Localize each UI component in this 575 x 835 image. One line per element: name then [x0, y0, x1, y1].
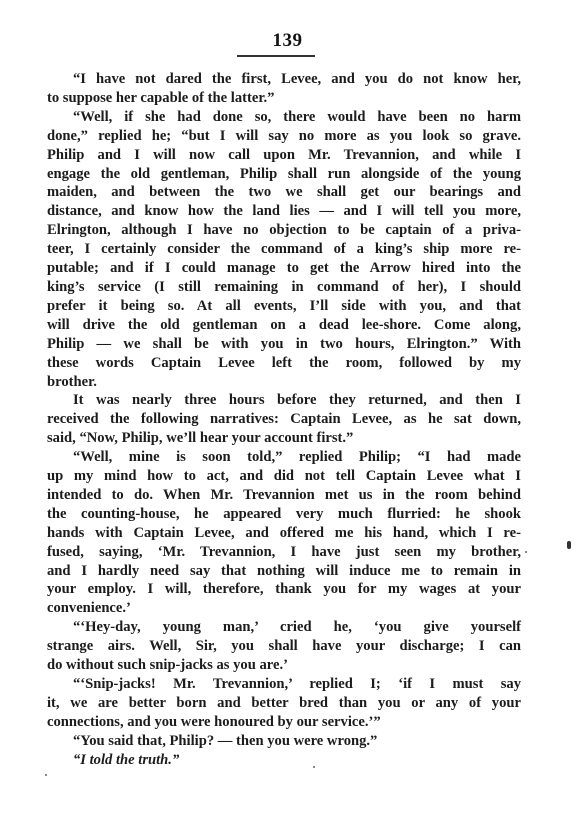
text-line: these words Captain Levee left the room,…	[47, 354, 521, 373]
margin-ink-mark	[567, 541, 571, 549]
text-line: your employ. I will, therefore, thank yo…	[47, 580, 521, 599]
text-line: Elrington, although I have no objection …	[47, 221, 521, 240]
text-line: “‘Snip-jacks! Mr. Trevannion,’ replied I…	[47, 675, 521, 694]
text-line: brother.	[47, 373, 521, 392]
page-body-text: “I have not dared the first, Levee, and …	[47, 70, 521, 770]
text-line: intended to do. When Mr. Trevannion met …	[47, 486, 521, 505]
text-line: prefer it being so. At all events, I’ll …	[47, 297, 521, 316]
text-line: “‘Hey-day, young man,’ cried he, ‘you gi…	[47, 618, 521, 637]
text-line: convenience.’	[47, 599, 521, 618]
text-line: teer, I certainly consider the command o…	[47, 240, 521, 259]
text-line: putable; and if I could manage to get th…	[47, 259, 521, 278]
text-line: Philip — we shall be with you in two hou…	[47, 335, 521, 354]
text-line: maiden, and between the two we shall get…	[47, 183, 521, 202]
text-line: do without such snip-jacks as you are.’	[47, 656, 521, 675]
text-line: will drive the old gentleman on a dead l…	[47, 316, 521, 335]
text-line: engage the old gentleman, Philip shall r…	[47, 165, 521, 184]
text-line: Philip and I will now call upon Mr. Trev…	[47, 146, 521, 165]
text-line: “Well, mine is soon told,” replied Phili…	[47, 448, 521, 467]
text-line: strange airs. Well, Sir, you shall have …	[47, 637, 521, 656]
ink-speck	[525, 551, 527, 553]
text-line: “Well, if she had done so, there would h…	[47, 108, 521, 127]
header-rule	[237, 55, 315, 57]
text-line: hands with Captain Levee, and offered me…	[47, 524, 521, 543]
text-line: it, we are better born and better bred t…	[47, 694, 521, 713]
text-line: the counting-house, he appeared very muc…	[47, 505, 521, 524]
page-header: 139	[0, 30, 575, 52]
ink-speck	[45, 774, 47, 776]
text-line: “You said that, Philip? — then you were …	[47, 732, 521, 751]
ink-speck	[313, 766, 315, 768]
text-line: “I have not dared the first, Levee, and …	[47, 70, 521, 89]
text-line: done,” replied he; “but I will say no mo…	[47, 127, 521, 146]
text-line: fused, saying, ‘Mr. Trevannion, I have j…	[47, 543, 521, 562]
text-line: “I told the truth.”	[47, 751, 521, 770]
text-line: up my mind how to act, and did not tell …	[47, 467, 521, 486]
text-line: said, “Now, Philip, we’ll hear your acco…	[47, 429, 521, 448]
text-line: and I hardly need say that nothing will …	[47, 562, 521, 581]
text-line: It was nearly three hours before they re…	[47, 391, 521, 410]
text-line: distance, and know how the land lies — a…	[47, 202, 521, 221]
text-line: connections, and you were honoured by ou…	[47, 713, 521, 732]
text-line: received the following narratives: Capta…	[47, 410, 521, 429]
text-line: to suppose her capable of the latter.”	[47, 89, 521, 108]
text-line: king’s service (I still remaining in com…	[47, 278, 521, 297]
page-number: 139	[273, 30, 303, 52]
